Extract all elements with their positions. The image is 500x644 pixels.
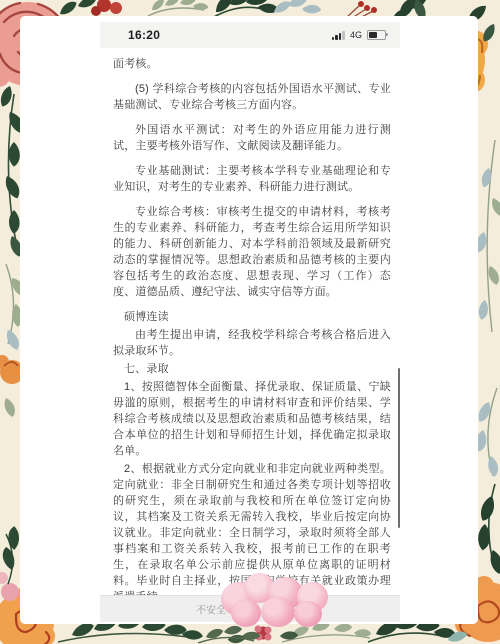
status-bar: 16:20 4G — [100, 22, 400, 48]
paragraph: (5) 学科综合考核的内容包括外国语水平测试、专业基础测试、专业综合考核三方面内… — [113, 81, 391, 113]
document-content: 面考核。(5) 学科综合考核的内容包括外国语水平测试、专业基础测试、专业综合考核… — [100, 48, 400, 595]
paragraph: 硕博连读 — [113, 309, 391, 325]
paragraph: 专业综合考核：审核考生提交的申请材料，考核考生的专业素养、科研能力，考查考生综合… — [113, 204, 391, 300]
paragraph: 由考生提出申请，经我校学科综合考核合格后进入拟录取环节。 — [113, 327, 391, 359]
screenshot-card: 16:20 4G 面考核。(5) 学科综合考核的内容包括外国语水平测试、专业基础… — [20, 16, 478, 624]
scrollbar-thumb[interactable] — [398, 368, 400, 528]
paragraph-list: 面考核。(5) 学科综合考核的内容包括外国语水平测试、专业基础测试、专业综合考核… — [113, 56, 391, 595]
paragraph: 面考核。 — [113, 56, 391, 72]
network-type-label: 4G — [350, 30, 362, 40]
status-icons: 4G — [332, 30, 386, 41]
phone-screenshot: 16:20 4G 面考核。(5) 学科综合考核的内容包括外国语水平测试、专业基础… — [100, 22, 400, 622]
pink-flower-sticker — [221, 573, 329, 628]
battery-icon — [367, 30, 386, 41]
paragraph: 专业基础测试：主要考核本学科专业基础理论和专业知识，对考生的专业素养、科研能力进… — [113, 163, 391, 195]
status-time: 16:20 — [128, 28, 160, 42]
decorated-photo: 16:20 4G 面考核。(5) 学科综合考核的内容包括外国语水平测试、专业基础… — [0, 0, 500, 644]
cellular-signal-icon — [332, 30, 345, 40]
red-flower-icon — [91, 0, 122, 16]
paragraph: 七、录取 — [113, 361, 391, 377]
paragraph: 外国语水平测试：对考生的外语应用能力进行测试，主要考核外语写作、文献阅读及翻译能… — [113, 122, 391, 154]
paragraph: 1、按照德智体全面衡量、择优录取、保证质量、宁缺毋滥的原则，根据考生的申请材料审… — [113, 379, 391, 459]
